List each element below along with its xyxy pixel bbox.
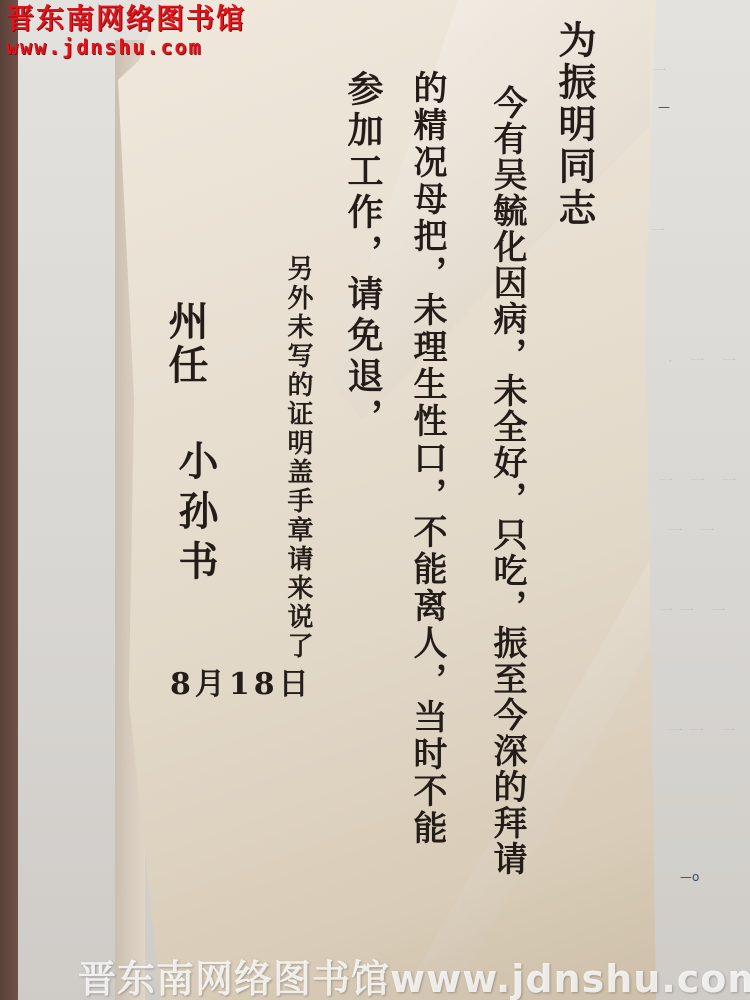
- letter-date: 8月18日: [170, 670, 313, 700]
- watermark-top: 晋东南网络图书馆 www.jdnshu.com: [6, 2, 246, 58]
- margin-mark: —o: [680, 870, 699, 884]
- letter-column: 参加工作，请免退，: [345, 70, 381, 439]
- watermark-url: www.jdnshu.com: [6, 36, 246, 58]
- letter-signature-place: 州任: [165, 300, 205, 388]
- letter-signature-name: 小孙书: [175, 440, 215, 590]
- letter-column: 今有吴毓化因病，未全好，只吃，振至今深的拜请: [490, 85, 524, 985]
- faint-print-line: 一 一 一: [658, 470, 743, 491]
- faint-print-line: · 一 一: [668, 350, 742, 371]
- watermark-title: 晋东南网络图书馆: [6, 2, 246, 36]
- letter-column-salutation: 为振明同志: [555, 20, 593, 230]
- faint-print-line: 一一 一: [668, 720, 742, 741]
- watermark-bottom: 晋东南网络图书馆www.jdnshu.com: [78, 948, 750, 1000]
- margin-mark: —: [658, 100, 670, 114]
- letter-column: 的精况母把，未理生性口，不能离人，当时不能: [410, 70, 444, 950]
- letter-column-postscript: 另外未写的证明盖手章请来说了: [285, 255, 311, 661]
- faint-print-line: 一一 一: [658, 600, 732, 621]
- faint-print-line: 一 一: [668, 520, 721, 541]
